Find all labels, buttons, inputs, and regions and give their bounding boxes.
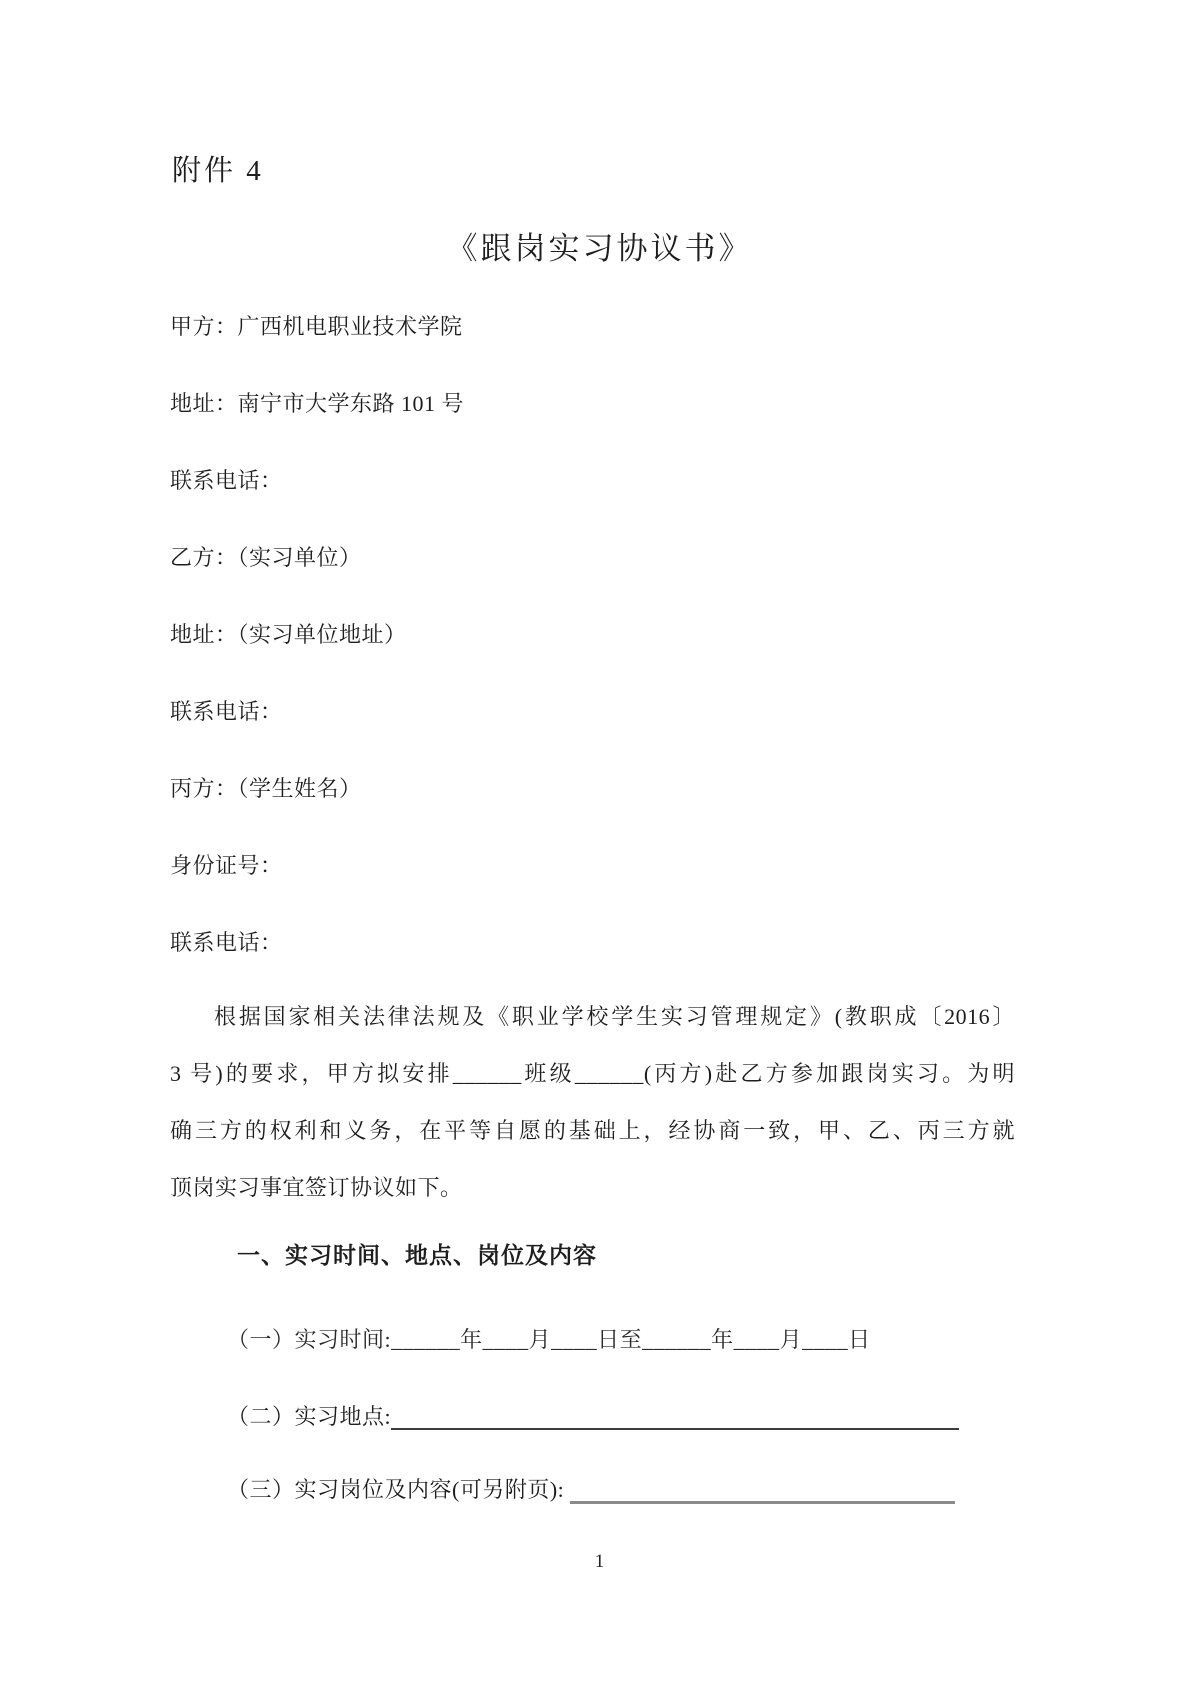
intro-line: 3 号)的要求，甲方拟安排______班级______(丙方)赴乙方参加跟岗实习… [170,1045,1015,1102]
document-title: 《跟岗实习协议书》 [0,229,1199,269]
party-c-phone-line: 联系电话： [170,926,283,960]
internship-post-label: （三）实习岗位及内容(可另附页): [227,1473,570,1507]
intro-line: 确三方的权利和义务，在平等自愿的基础上，经协商一致，甲、乙、丙三方就 [170,1102,1015,1159]
party-b-line: 乙方：（实习单位） [170,541,362,575]
internship-location-label: （二）实习地点: [227,1400,391,1434]
intro-paragraph: 根据国家相关法律法规及《职业学校学生实习管理规定》(教职成〔2016〕 3 号)… [170,988,1015,1216]
party-c-line: 丙方：（学生姓名） [170,772,362,806]
fill-in-underline [570,1473,955,1504]
intro-line: 顶岗实习事宜签订协议如下。 [170,1159,1015,1216]
party-b-phone-line: 联系电话： [170,695,283,729]
section-1-heading: 一、实习时间、地点、岗位及内容 [237,1239,597,1273]
fill-in-underline [391,1400,959,1430]
internship-time-line: （一）实习时间:______年____月____日至______年____月__… [227,1323,871,1357]
attachment-label: 附件 4 [172,151,264,191]
party-b-address-line: 地址：（实习单位地址） [170,618,407,652]
internship-post-line: （三）实习岗位及内容(可另附页): [227,1473,955,1507]
page-number: 1 [0,1549,1199,1575]
party-a-line: 甲方：广西机电职业技术学院 [170,310,463,344]
internship-location-line: （二）实习地点: [227,1400,959,1434]
document-page: { "document": { "attachment_label": "附件 … [0,0,1199,1696]
party-a-phone-line: 联系电话： [170,464,283,498]
party-a-address-line: 地址：南宁市大学东路 101 号 [170,387,464,421]
party-c-id-line: 身份证号： [170,849,283,883]
intro-line: 根据国家相关法律法规及《职业学校学生实习管理规定》(教职成〔2016〕 [170,988,1015,1045]
